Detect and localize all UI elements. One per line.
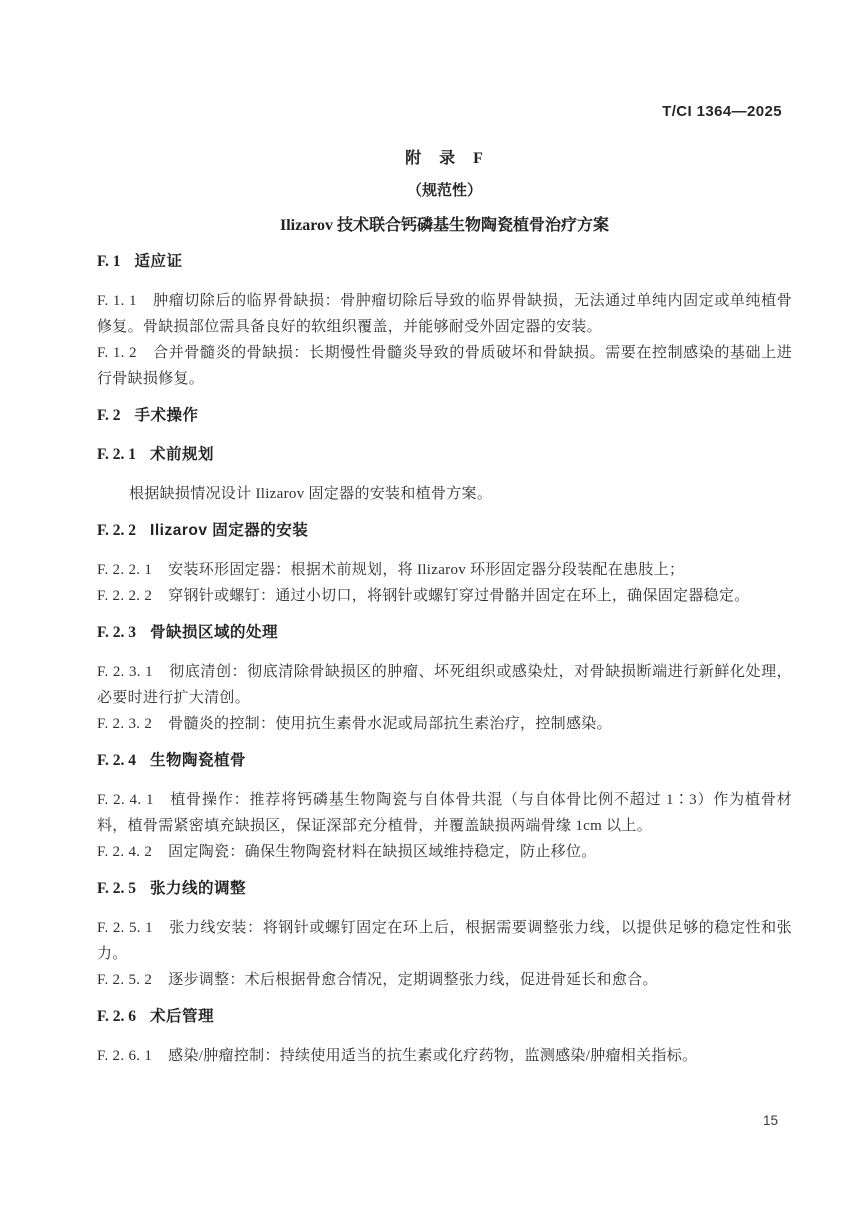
clause-title: 骨缺损区域的处理	[150, 624, 278, 641]
clause-f2-4-2: F. 2. 4. 2固定陶瓷：确保生物陶瓷材料在缺损区域维持稳定，防止移位。	[97, 839, 792, 865]
clause-text: 彻底清创：彻底清除骨缺损区的肿瘤、坏死组织或感染灶，对骨缺损断端进行新鲜化处理，…	[97, 664, 792, 706]
clause-number: F. 2. 4. 1	[97, 792, 154, 808]
section-heading-f2-5: F. 2. 5张力线的调整	[97, 876, 792, 902]
clause-f2-3-2: F. 2. 3. 2骨髓炎的控制：使用抗生素骨水泥或局部抗生素治疗，控制感染。	[97, 711, 792, 737]
clause-text: 逐步调整：术后根据骨愈合情况，定期调整张力线，促进骨延长和愈合。	[168, 972, 658, 988]
section-heading-f1: F. 1适应证	[97, 249, 792, 275]
clause-f2-6-1: F. 2. 6. 1感染/肿瘤控制：持续使用适当的抗生素或化疗药物，监测感染/肿…	[97, 1043, 792, 1069]
section-heading-f2-3: F. 2. 3骨缺损区域的处理	[97, 620, 792, 646]
clause-f2-5-1: F. 2. 5. 1张力线安装：将钢针或螺钉固定在环上后，根据需要调整张力线，以…	[97, 915, 792, 967]
clause-number: F. 2. 2	[97, 522, 136, 539]
clause-text: 穿钢针或螺钉：通过小切口，将钢针或螺钉穿过骨骼并固定在环上，确保固定器稳定。	[168, 588, 749, 604]
section-heading-f2-6: F. 2. 6术后管理	[97, 1004, 792, 1030]
clause-f2-2-1: F. 2. 2. 1安装环形固定器：根据术前规划，将 Ilizarov 环形固定…	[97, 557, 792, 583]
clause-number: F. 2. 6	[97, 1008, 136, 1025]
clause-number: F. 2. 2. 2	[97, 588, 152, 604]
clause-f2-1-body: 根据缺损情况设计 Ilizarov 固定器的安装和植骨方案。	[97, 481, 792, 507]
clause-f1-1: F. 1. 1肿瘤切除后的临界骨缺损：骨肿瘤切除后导致的临界骨缺损，无法通过单纯…	[97, 288, 792, 340]
clause-number: F. 1. 1	[97, 293, 137, 309]
clause-f2-2-2: F. 2. 2. 2穿钢针或螺钉：通过小切口，将钢针或螺钉穿过骨骼并固定在环上，…	[97, 583, 792, 609]
section-heading-f2-1: F. 2. 1术前规划	[97, 442, 792, 468]
clause-number: F. 2. 4	[97, 752, 136, 769]
clause-title: 张力线的调整	[150, 880, 246, 897]
appendix-normative: （规范性）	[97, 181, 792, 201]
clause-title: 手术操作	[135, 407, 199, 424]
clause-text: 张力线安装：将钢针或螺钉固定在环上后，根据需要调整张力线，以提供足够的稳定性和张…	[97, 920, 792, 962]
clause-number: F. 2. 5. 1	[97, 920, 153, 936]
clause-number: F. 2. 1	[97, 446, 136, 463]
section-heading-f2: F. 2手术操作	[97, 403, 792, 429]
clause-number: F. 2. 5. 2	[97, 972, 152, 988]
clause-f2-5-2: F. 2. 5. 2逐步调整：术后根据骨愈合情况，定期调整张力线，促进骨延长和愈…	[97, 967, 792, 993]
clause-text: 安装环形固定器：根据术前规划，将 Ilizarov 环形固定器分段装配在患肢上；	[168, 562, 684, 578]
clause-title: Ilizarov 固定器的安装	[150, 522, 308, 539]
clause-text: 肿瘤切除后的临界骨缺损：骨肿瘤切除后导致的临界骨缺损，无法通过单纯内固定或单纯植…	[97, 293, 792, 335]
clause-number: F. 2. 3. 2	[97, 716, 152, 732]
clause-text: 合并骨髓炎的骨缺损：长期慢性骨髓炎导致的骨质破坏和骨缺损。需要在控制感染的基础上…	[97, 345, 792, 387]
document-page: T/CI 1364—2025 附 录 F （规范性） Ilizarov 技术联合…	[0, 0, 860, 1216]
page-content: 附 录 F （规范性） Ilizarov 技术联合钙磷基生物陶瓷植骨治疗方案 F…	[97, 0, 792, 1069]
clause-title: 术前规划	[150, 446, 214, 463]
section-heading-f2-2: F. 2. 2Ilizarov 固定器的安装	[97, 518, 792, 544]
clause-number: F. 2. 3. 1	[97, 664, 153, 680]
clause-title: 适应证	[135, 253, 183, 270]
clause-text: 感染/肿瘤控制：持续使用适当的抗生素或化疗药物，监测感染/肿瘤相关指标。	[168, 1048, 697, 1064]
appendix-label: 附 录 F	[97, 148, 792, 170]
clause-title: 术后管理	[150, 1008, 214, 1025]
page-number: 15	[763, 1113, 778, 1128]
clause-title: 生物陶瓷植骨	[150, 752, 246, 769]
section-heading-f2-4: F. 2. 4生物陶瓷植骨	[97, 748, 792, 774]
clause-f1-2: F. 1. 2合并骨髓炎的骨缺损：长期慢性骨髓炎导致的骨质破坏和骨缺损。需要在控…	[97, 340, 792, 392]
clause-f2-3-1: F. 2. 3. 1彻底清创：彻底清除骨缺损区的肿瘤、坏死组织或感染灶，对骨缺损…	[97, 659, 792, 711]
clause-text: 植骨操作：推荐将钙磷基生物陶瓷与自体骨共混（与自体骨比例不超过 1∶3）作为植骨…	[97, 792, 792, 834]
clause-text: 固定陶瓷：确保生物陶瓷材料在缺损区域维持稳定，防止移位。	[168, 844, 596, 860]
clause-number: F. 2. 3	[97, 624, 136, 641]
clause-text: 根据缺损情况设计 Ilizarov 固定器的安装和植骨方案。	[97, 481, 792, 507]
clause-number: F. 1	[97, 253, 121, 270]
clause-number: F. 2. 6. 1	[97, 1048, 152, 1064]
clause-f2-4-1: F. 2. 4. 1植骨操作：推荐将钙磷基生物陶瓷与自体骨共混（与自体骨比例不超…	[97, 787, 792, 839]
clause-number: F. 2. 4. 2	[97, 844, 152, 860]
clause-number: F. 2. 2. 1	[97, 562, 152, 578]
page-title: Ilizarov 技术联合钙磷基生物陶瓷植骨治疗方案	[97, 215, 792, 237]
clause-text: 骨髓炎的控制：使用抗生素骨水泥或局部抗生素治疗，控制感染。	[168, 716, 612, 732]
clause-number: F. 2	[97, 407, 121, 424]
clause-number: F. 1. 2	[97, 345, 137, 361]
clause-number: F. 2. 5	[97, 880, 136, 897]
